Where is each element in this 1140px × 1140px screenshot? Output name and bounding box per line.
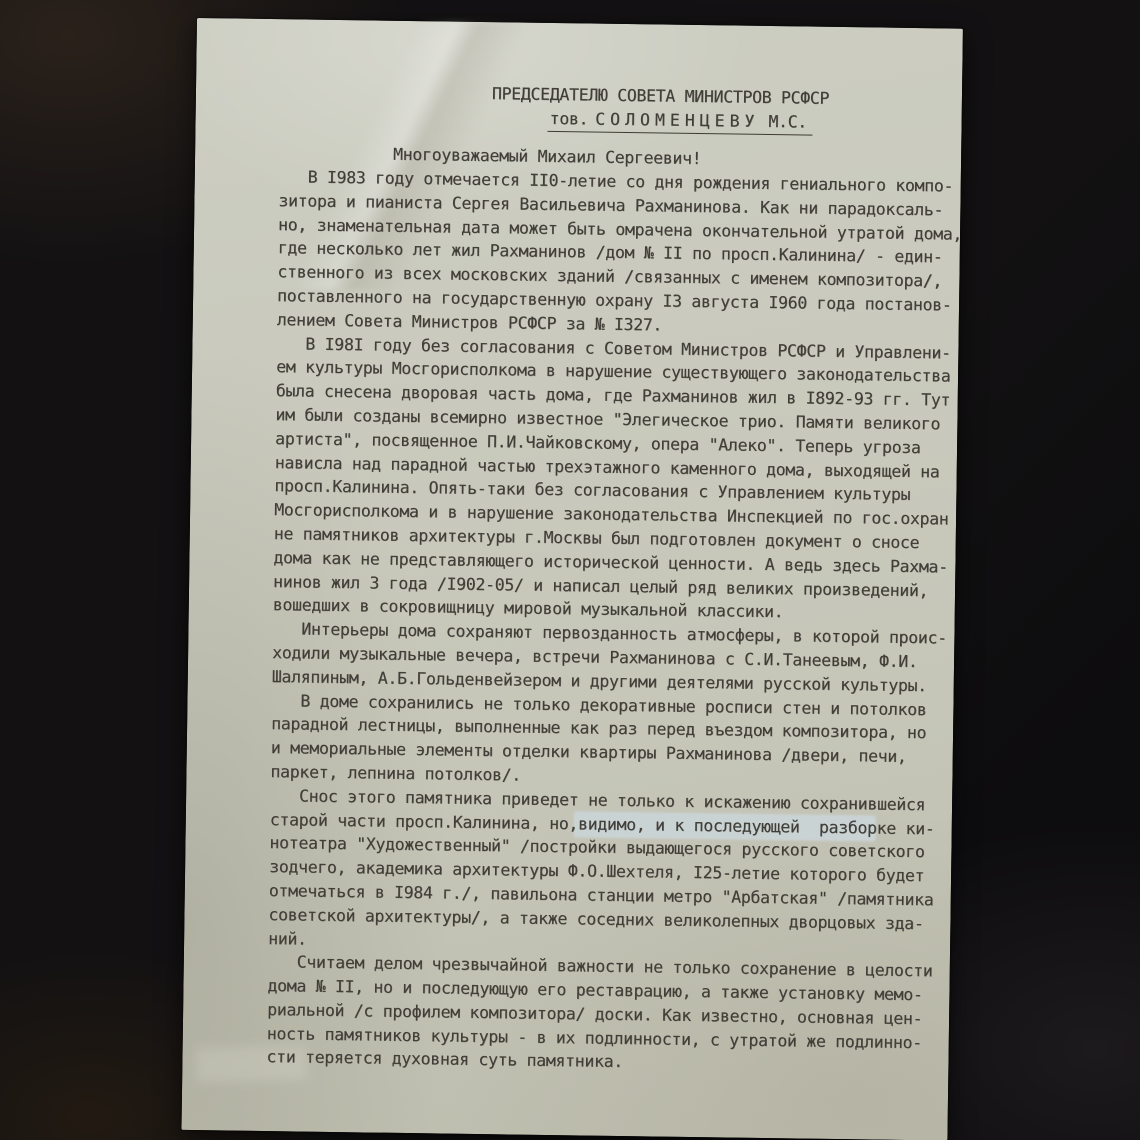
recipient-name: СОЛОМЕНЦЕВУ [595,110,760,131]
recipient-prefix: тов. [549,109,588,129]
recipient-initials: М.С. [768,112,807,132]
letter-body: В I983 году отмечается II0-летие со дня … [266,165,963,1079]
paper-sheet: ПРЕДСЕДАТЕЛЮ СОВЕТА МИНИСТРОВ РСФСР тов.… [181,18,962,1140]
recipient-name-line: тов.СОЛОМЕНЦЕВУМ.С. [547,109,813,136]
photo-background: ПРЕДСЕДАТЕЛЮ СОВЕТА МИНИСТРОВ РСФСР тов.… [0,0,1140,1140]
